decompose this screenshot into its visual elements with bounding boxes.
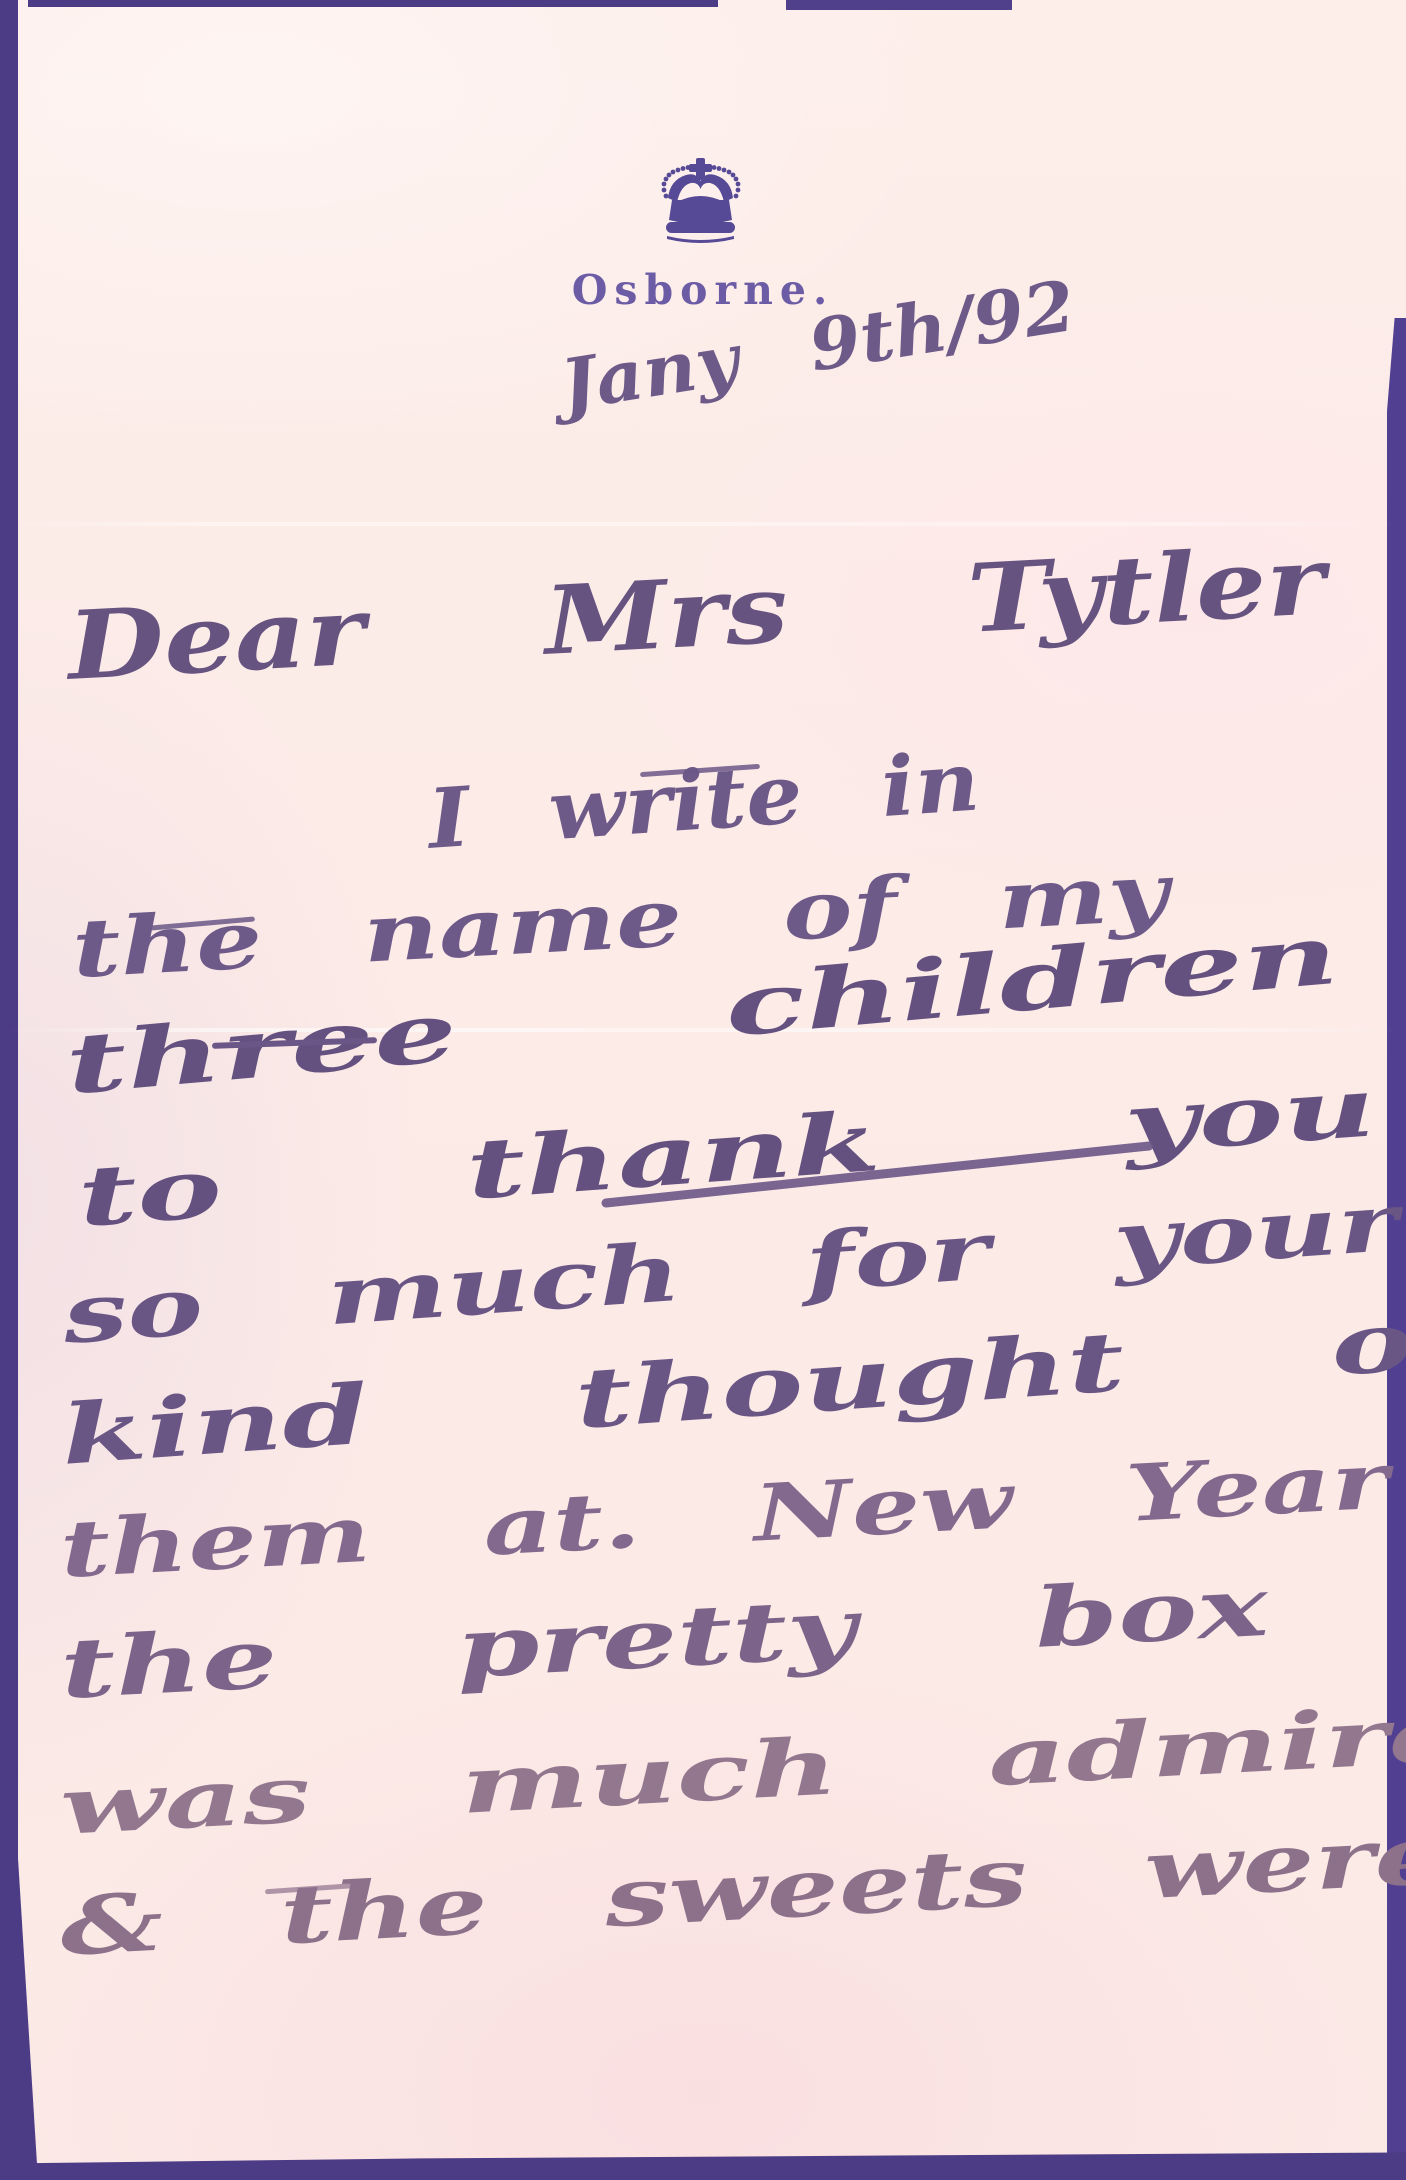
paper-fold-crease [10, 522, 1396, 526]
scan-edge-bottom [0, 2150, 1406, 2180]
crown-icon [653, 156, 749, 246]
handwritten-line: I write in [425, 733, 982, 867]
scan-edge-top-left [28, 0, 718, 7]
letter-scan: Osborne. Jany 9th/92 Dear Mrs Tytler I w… [0, 0, 1406, 2180]
scan-edge-top-right [786, 0, 1012, 10]
scan-edge-left-bottom [0, 1850, 38, 2180]
handwritten-salutation: Dear Mrs Tytler [65, 526, 1327, 702]
